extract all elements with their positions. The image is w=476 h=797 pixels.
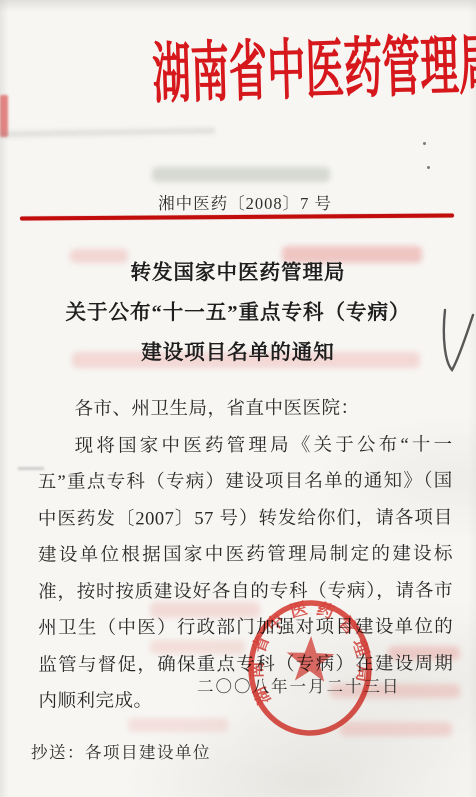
seal-star-icon xyxy=(286,635,335,682)
salutation: 各市、州卫生局，省直中医医院： xyxy=(37,390,452,428)
bleedthrough-smudge xyxy=(128,718,228,732)
scan-speck xyxy=(427,166,430,169)
red-divider-line xyxy=(20,213,454,220)
title-line-1: 转发国家中医药管理局 xyxy=(0,253,476,293)
pen-checkmark-icon xyxy=(432,300,476,380)
document-title: 转发国家中医药管理局 关于公布“十一五”重点专科（专病） 建设项目名单的通知 xyxy=(0,253,476,373)
title-line-3: 建设项目名单的通知 xyxy=(0,333,476,373)
official-seal: 湖南省中医药管理局 xyxy=(244,596,377,740)
bleedthrough-smudge xyxy=(152,167,330,182)
red-header-banner: 湖南省中医药管理局文件 xyxy=(0,24,476,116)
scan-crease xyxy=(0,126,215,139)
title-line-2: 关于公布“十一五”重点专科（专病） xyxy=(0,293,476,333)
scanned-document-page: 湖南省中医药管理局文件 湘中医药〔2008〕7 号 转发国家中医药管理局 关于公… xyxy=(0,0,476,797)
doc-number: 湘中医药〔2008〕7 号 xyxy=(0,190,476,214)
scan-speck xyxy=(423,142,426,145)
cc-line: 抄送：各项目建设单位 xyxy=(31,739,211,763)
red-header-title: 湖南省中医药管理局文件 xyxy=(151,18,476,122)
